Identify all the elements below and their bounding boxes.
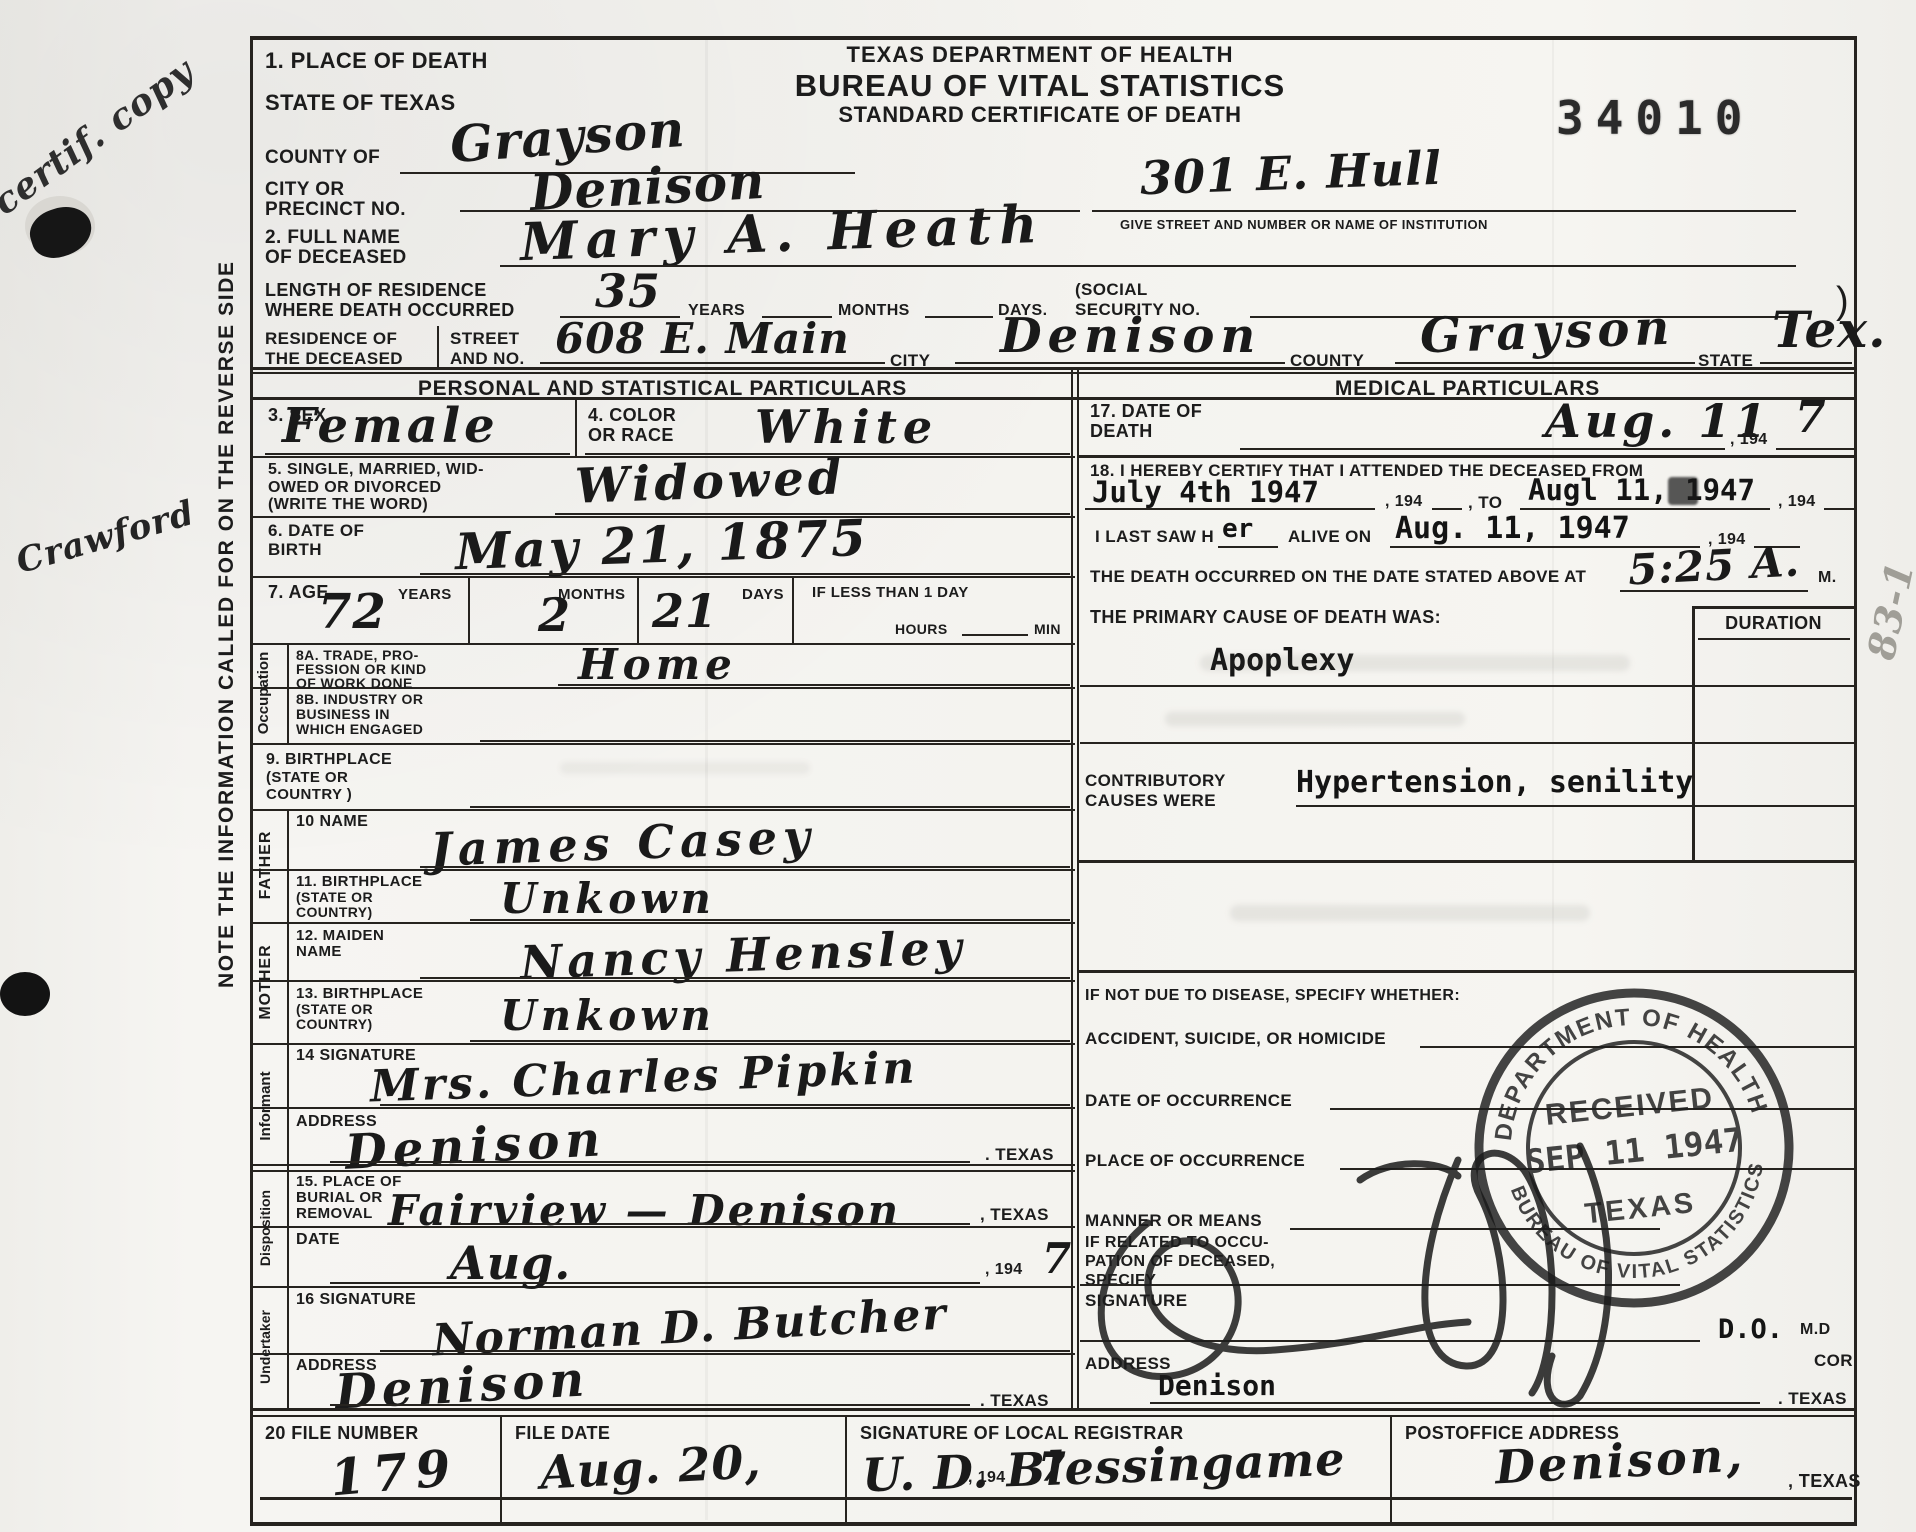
bureau-title: BUREAU OF VITAL STATISTICS — [640, 70, 1440, 101]
trade-label: OF WORK DONE — [296, 676, 413, 690]
rule — [1694, 742, 1855, 744]
residence-street-value: 608 E. Main — [555, 318, 850, 360]
physician-signature-scrawl — [1060, 1118, 1700, 1418]
degree-do-label: D.O. — [1718, 1316, 1783, 1343]
city-label: PRECINCT NO. — [265, 200, 406, 219]
residence-label: RESIDENCE OF — [265, 330, 397, 347]
disposition-side-label: Disposition — [258, 1173, 272, 1283]
residence-county-value: Grayson — [1419, 304, 1675, 361]
min-label: MIN — [1034, 622, 1061, 636]
length-years-value: 35 — [595, 268, 661, 314]
birthplace-label: COUNTRY ) — [266, 787, 352, 802]
rule — [1520, 508, 1770, 510]
rule — [1432, 508, 1462, 510]
sex-value: Female — [282, 402, 499, 450]
color-label: OR RACE — [588, 426, 674, 444]
birthplace-label: (STATE OR — [266, 770, 348, 785]
color-label: 4. COLOR — [588, 406, 676, 424]
dob-value: May 21, 1875 — [454, 513, 869, 577]
full-name-label: OF DECEASED — [265, 248, 407, 267]
rule — [1078, 455, 1857, 458]
rule — [250, 372, 1857, 374]
rule — [585, 453, 1070, 455]
burial-date-label: DATE — [296, 1232, 340, 1248]
certificate-title: STANDARD CERTIFICATE OF DEATH — [640, 104, 1440, 126]
form-border — [1854, 36, 1857, 1526]
attended-from-value: July 4th 1947 — [1092, 478, 1319, 507]
bleed-through-mark — [1200, 655, 1630, 671]
rule — [330, 1282, 980, 1284]
dept-title: TEXAS DEPARTMENT OF HEALTH — [640, 44, 1440, 66]
rule — [1240, 448, 1725, 450]
burial-label: BURIAL OR — [296, 1190, 383, 1205]
rule — [1080, 742, 1692, 744]
state-of-texas-label: STATE OF TEXAS — [265, 92, 456, 114]
residence-city-value: Denison — [1000, 312, 1261, 360]
age-months-value: 2 — [538, 592, 571, 638]
rule — [1698, 638, 1850, 640]
bleed-through-mark — [560, 762, 810, 774]
residence-label: THE DECEASED — [265, 350, 403, 367]
rule — [925, 316, 993, 318]
rule — [470, 806, 1070, 808]
degree-md-label: M.D — [1800, 1322, 1831, 1338]
mother-bp-label: COUNTRY) — [296, 1017, 373, 1031]
bleed-through-mark — [1165, 712, 1465, 726]
death-certificate-scan: certif. copy Crawford NOTE THE INFORMATI… — [0, 0, 1916, 1532]
rule — [1390, 1417, 1392, 1522]
rule — [1824, 508, 1854, 510]
death-time-value: 5:25 A. — [1627, 541, 1801, 592]
marital-value: Widowed — [574, 453, 846, 510]
father-name-value: James Casey — [429, 813, 816, 872]
informant-address-value: Denison — [344, 1115, 607, 1177]
coroner-label: COR — [1814, 1352, 1853, 1369]
hole-punch — [0, 972, 50, 1016]
rule — [1078, 860, 1857, 863]
mother-bp-label: 13. BIRTHPLACE — [296, 986, 423, 1001]
street-caption: GIVE STREET AND NUMBER OR NAME OF INSTIT… — [1120, 218, 1488, 231]
margin-pencil-note: 83-1 — [1862, 558, 1916, 663]
rule — [250, 1286, 1075, 1288]
file-date-value: Aug. 20, — [539, 1438, 762, 1496]
age-years-value: 72 — [318, 588, 387, 636]
contributory-value: Hypertension, senility — [1296, 768, 1693, 798]
rule — [260, 1497, 1852, 1500]
certificate-number: 34010 — [1556, 95, 1754, 141]
last-saw-date-value: Aug. 11, 1947 — [1395, 514, 1630, 544]
informant-signature-value: Mrs. Charles Pipkin — [369, 1046, 918, 1109]
occupation-side-label: Occupation — [256, 646, 271, 740]
county-label: COUNTY OF — [265, 148, 380, 167]
burial-label: 15. PLACE OF — [296, 1174, 402, 1189]
rule — [1620, 590, 1808, 592]
postoffice-texas-label: , TEXAS — [1788, 1472, 1861, 1490]
birthplace-label: 9. BIRTHPLACE — [266, 752, 392, 768]
marital-label: 5. SINGLE, MARRIED, WID- — [268, 462, 484, 478]
hours-label: HOURS — [895, 622, 948, 636]
form-border — [250, 1522, 1857, 1526]
strikeover-smudge — [1668, 477, 1698, 505]
duration-label: DURATION — [1692, 614, 1855, 632]
rule — [1080, 685, 1692, 687]
rule — [380, 1104, 1070, 1106]
rule — [1694, 685, 1855, 687]
rule — [437, 326, 439, 368]
length-label: WHERE DEATH OCCURRED — [265, 301, 515, 319]
informant-texas-label: . TEXAS — [985, 1146, 1054, 1163]
rule — [470, 1040, 1070, 1042]
rule — [792, 578, 794, 643]
rule — [287, 643, 289, 743]
age-days-label: DAYS — [742, 587, 784, 602]
street-no-label: STREET — [450, 330, 519, 347]
full-name-value: Mary A. Heath — [519, 199, 1046, 269]
duration-box-border — [1692, 606, 1695, 860]
age-days-value: 21 — [652, 588, 718, 634]
father-bp-label: COUNTRY) — [296, 905, 373, 919]
place-of-death-label: 1. PLACE OF DEATH — [265, 50, 488, 72]
to-label: , TO — [1468, 494, 1502, 511]
rule — [250, 809, 1075, 811]
contributory-label: CONTRIBUTORY — [1085, 772, 1226, 789]
burial-texas-label: , TEXAS — [980, 1206, 1049, 1223]
postoffice-value: Denison, — [1494, 1431, 1746, 1490]
rule — [1395, 362, 1695, 364]
rule — [330, 1161, 970, 1163]
undertaker-side-label: Undertaker — [258, 1288, 272, 1406]
rule — [637, 578, 639, 643]
file-date-label: FILE DATE — [515, 1424, 610, 1442]
reverse-side-note: NOTE THE INFORMATION CALLED FOR ON THE R… — [216, 266, 237, 988]
rule — [250, 743, 1075, 745]
form-border — [250, 36, 253, 1526]
burial-year-preprint: , 194 — [985, 1262, 1023, 1278]
rule — [250, 869, 1075, 871]
rule — [500, 1417, 502, 1522]
rule — [380, 1350, 1070, 1352]
mother-side-label: MOTHER — [258, 924, 274, 1040]
burial-date-value: Aug. — [450, 1240, 571, 1286]
father-bp-label: (STATE OR — [296, 890, 373, 904]
accident-label: ACCIDENT, SUICIDE, OR HOMICIDE — [1085, 1030, 1386, 1047]
rule — [1296, 805, 1692, 807]
form-border — [250, 36, 1857, 40]
father-bp-value: Unkown — [500, 878, 715, 920]
margin-pen-note: certif. copy — [0, 52, 200, 221]
rule — [480, 740, 1070, 742]
undertaker-texas-label: . TEXAS — [980, 1392, 1049, 1409]
industry-label: WHICH ENGAGED — [296, 722, 423, 736]
dod-year-preprint: , 194 — [1730, 432, 1768, 448]
contributory-label: CAUSES WERE — [1085, 792, 1216, 809]
full-name-label: 2. FULL NAME — [265, 228, 400, 247]
trade-label: 8A. TRADE, PRO- — [296, 648, 419, 662]
marital-label: (WRITE THE WORD) — [268, 497, 428, 513]
personal-section-title: PERSONAL AND STATISTICAL PARTICULARS — [250, 378, 1075, 399]
rule — [250, 1043, 1075, 1045]
street-value: 301 E. Hull — [1139, 145, 1442, 202]
file-number-label: 20 FILE NUMBER — [265, 1424, 419, 1442]
rule — [575, 398, 577, 456]
rule — [250, 1408, 1857, 1411]
father-name-label: 10 NAME — [296, 814, 368, 830]
rule — [1092, 210, 1796, 212]
rule — [460, 1223, 970, 1225]
trade-value: Home — [578, 644, 737, 686]
ssn-label: (SOCIAL — [1075, 281, 1148, 298]
rule — [845, 1417, 847, 1522]
date-of-death-label: DEATH — [1090, 422, 1153, 440]
dob-label: 6. DATE OF — [268, 522, 364, 539]
maiden-label: 12. MAIDEN — [296, 928, 384, 943]
length-label: LENGTH OF RESIDENCE — [265, 281, 487, 299]
mother-bp-label: (STATE OR — [296, 1002, 373, 1016]
alive-on-label: ALIVE ON — [1288, 528, 1372, 545]
date-of-death-label: 17. DATE OF — [1090, 402, 1202, 420]
to-year-preprint: , 194 — [1778, 494, 1816, 510]
rule — [1085, 508, 1375, 510]
street-no-label: AND NO. — [450, 350, 525, 367]
less-than-day-label: IF LESS THAN 1 DAY — [812, 585, 969, 600]
industry-label: BUSINESS IN — [296, 707, 390, 721]
bleed-through-mark — [1230, 905, 1590, 921]
rule — [962, 634, 1028, 636]
rule — [555, 513, 1070, 515]
rule — [558, 684, 1070, 686]
last-saw-label: I LAST SAW H — [1095, 528, 1214, 545]
rule — [1694, 805, 1855, 807]
margin-pen-name: Crawford — [13, 496, 199, 579]
rule — [420, 573, 1070, 575]
father-side-label: FATHER — [258, 812, 274, 918]
date-occurrence-label: DATE OF OCCURRENCE — [1085, 1092, 1292, 1109]
her-typed-value: er — [1222, 516, 1253, 542]
industry-label: 8B. INDUSTRY OR — [296, 692, 423, 706]
meridiem-label: M. — [1818, 570, 1837, 586]
rule — [470, 919, 1070, 921]
attended-to-value: Augl 11, 1947 — [1528, 476, 1755, 505]
color-value: White — [755, 404, 938, 450]
rule — [1760, 362, 1852, 364]
trade-label: FESSION OR KIND — [296, 662, 426, 676]
primary-cause-label: THE PRIMARY CAUSE OF DEATH WAS: — [1090, 608, 1441, 626]
rule — [330, 1404, 970, 1406]
duration-box-border — [1692, 606, 1857, 609]
father-bp-label: 11. BIRTHPLACE — [296, 874, 422, 889]
dob-label: BIRTH — [268, 541, 322, 558]
rule — [265, 453, 570, 455]
undertaker-signature-label: 16 SIGNATURE — [296, 1292, 416, 1308]
file-number-value: 179 — [328, 1443, 460, 1504]
rule — [540, 362, 885, 364]
maiden-label: NAME — [296, 944, 342, 959]
from-year-preprint: , 194 — [1385, 494, 1423, 510]
mother-bp-value: Unkown — [500, 995, 715, 1037]
rule — [420, 977, 1070, 979]
rule — [955, 362, 1285, 364]
rule — [287, 809, 289, 1410]
age-years-label: YEARS — [398, 587, 452, 602]
rule — [420, 866, 1070, 868]
physician-texas-label: . TEXAS — [1778, 1390, 1847, 1407]
registrar-signature-value: U. D. Blessingame — [861, 1436, 1346, 1499]
rule — [468, 578, 470, 643]
rule — [250, 576, 1075, 578]
city-label: CITY OR — [265, 180, 345, 199]
rule — [1776, 448, 1854, 450]
rule — [1218, 546, 1278, 548]
not-disease-label: IF NOT DUE TO DISEASE, SPECIFY WHETHER: — [1085, 988, 1460, 1004]
marital-label: OWED OR DIVORCED — [268, 480, 442, 496]
burial-place-value: Fairview — Denison — [388, 1190, 901, 1232]
rule — [250, 367, 1857, 370]
residence-state-value: Tex. — [1772, 305, 1887, 355]
burial-label: REMOVAL — [296, 1206, 373, 1221]
rule — [500, 265, 1796, 267]
rule — [250, 1415, 1857, 1417]
informant-side-label: Informant — [258, 1046, 273, 1166]
dod-year-value: 7 — [1795, 396, 1827, 440]
death-occurred-label: THE DEATH OCCURRED ON THE DATE STATED AB… — [1090, 568, 1586, 585]
